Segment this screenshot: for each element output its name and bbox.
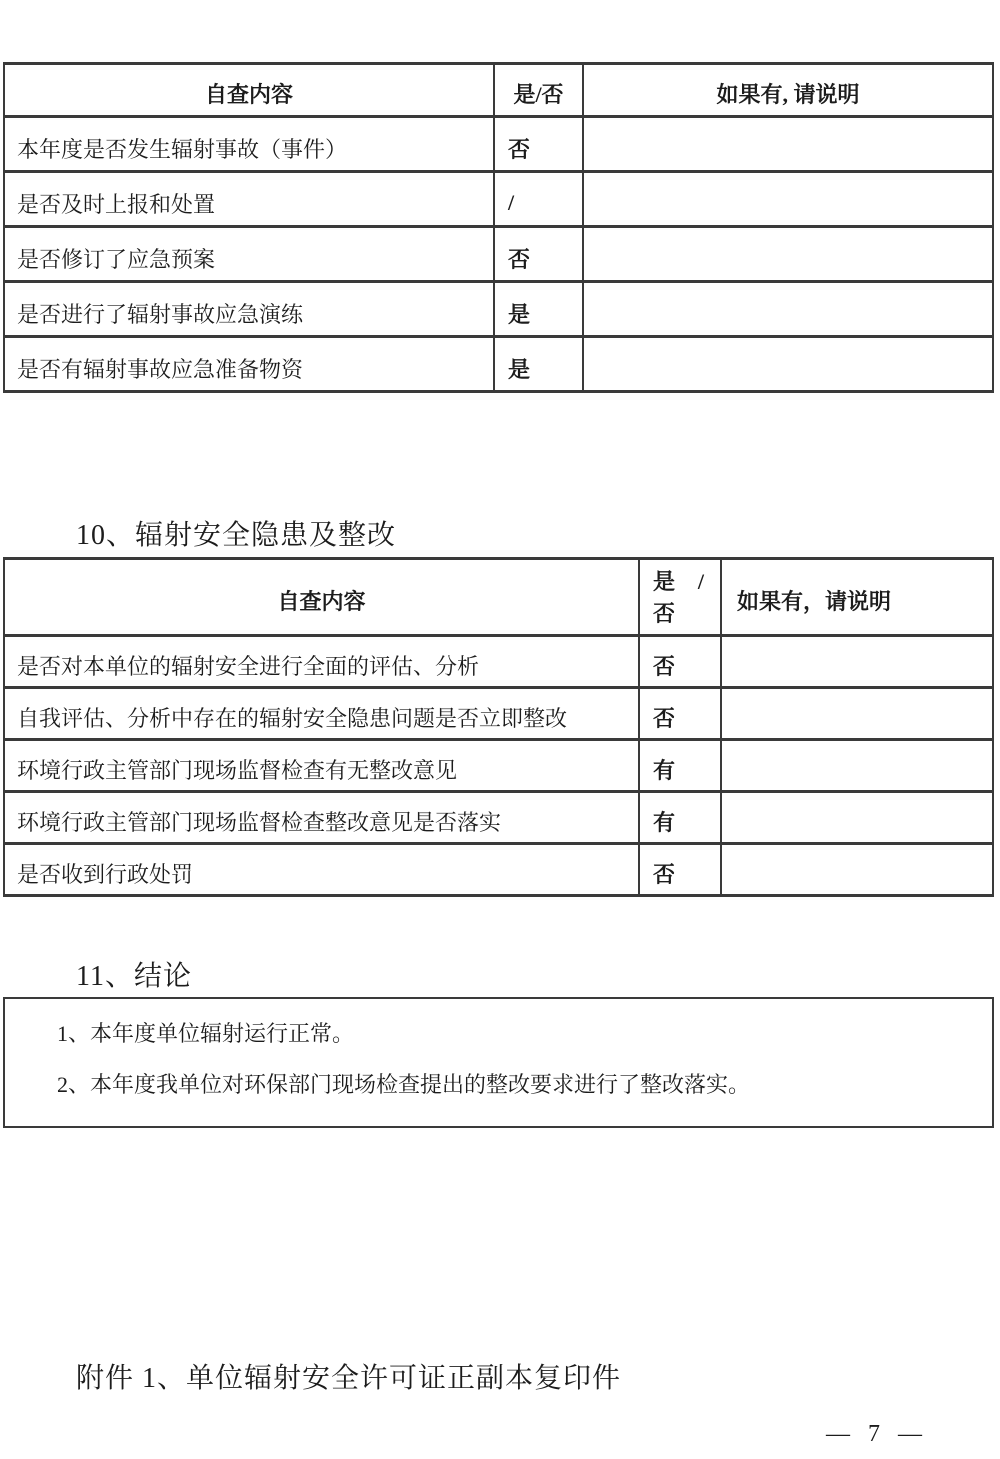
table-row: 环境行政主管部门现场监督检查有无整改意见 有 [4, 740, 993, 792]
conclusion-line: 2、本年度我单位对环保部门现场检查提出的整改要求进行了整改落实。 [5, 1068, 992, 1099]
row-value: 否 [639, 636, 721, 688]
row-note [721, 688, 993, 740]
emergency-self-check-table: 自查内容 是/否 如果有, 请说明 本年度是否发生辐射事故（事件） 否 是否及时… [3, 62, 994, 393]
attachment-note: 附件 1、单位辐射安全许可证正副本复印件 [76, 1356, 621, 1396]
row-label: 是否有辐射事故应急准备物资 [4, 337, 494, 392]
row-note [721, 740, 993, 792]
row-label: 是否收到行政处罚 [4, 844, 639, 896]
table-row: 是否及时上报和处置 / [4, 172, 993, 227]
row-note [721, 844, 993, 896]
table-header-row: 自查内容 是/否 如果有, 请说明 [4, 64, 993, 117]
row-note [583, 117, 993, 172]
table-row: 环境行政主管部门现场监督检查整改意见是否落实 有 [4, 792, 993, 844]
row-value: / [494, 172, 583, 227]
section-10-title: 10、辐射安全隐患及整改 [76, 513, 396, 553]
row-note [583, 282, 993, 337]
table-row: 是否有辐射事故应急准备物资 是 [4, 337, 993, 392]
row-value: 否 [639, 688, 721, 740]
row-value: 是 [494, 337, 583, 392]
row-note [583, 337, 993, 392]
table-row: 是否进行了辐射事故应急演练 是 [4, 282, 993, 337]
header-if-yes-explain: 如果有，请说明 [721, 559, 993, 636]
table-row: 是否修订了应急预案 否 [4, 227, 993, 282]
table-row: 自我评估、分析中存在的辐射安全隐患问题是否立即整改 否 [4, 688, 993, 740]
conclusion-line: 1、本年度单位辐射运行正常。 [5, 1017, 992, 1048]
row-label: 是否对本单位的辐射安全进行全面的评估、分析 [4, 636, 639, 688]
row-value: 是 [494, 282, 583, 337]
row-value: 否 [494, 117, 583, 172]
hazard-rectification-table: 自查内容 是 / 否 如果有，请说明 是否对本单位的辐射安全进行全面的评估、分析… [3, 557, 994, 897]
document-page: 自查内容 是/否 如果有, 请说明 本年度是否发生辐射事故（事件） 否 是否及时… [0, 0, 1000, 1459]
row-label: 是否进行了辐射事故应急演练 [4, 282, 494, 337]
row-note [583, 227, 993, 282]
row-note [583, 172, 993, 227]
header-self-check-content: 自查内容 [4, 64, 494, 117]
table-row: 是否对本单位的辐射安全进行全面的评估、分析 否 [4, 636, 993, 688]
header-yes-no: 是 / 否 [639, 559, 721, 636]
section-11-title: 11、结论 [76, 954, 192, 994]
conclusion-box: 1、本年度单位辐射运行正常。 2、本年度我单位对环保部门现场检查提出的整改要求进… [3, 997, 994, 1128]
table-row: 本年度是否发生辐射事故（事件） 否 [4, 117, 993, 172]
row-value: 有 [639, 792, 721, 844]
page-number: — 7 — [826, 1421, 922, 1448]
row-label: 是否修订了应急预案 [4, 227, 494, 282]
row-value: 有 [639, 740, 721, 792]
header-self-check-content: 自查内容 [4, 559, 639, 636]
row-value: 否 [639, 844, 721, 896]
row-label: 环境行政主管部门现场监督检查整改意见是否落实 [4, 792, 639, 844]
row-label: 环境行政主管部门现场监督检查有无整改意见 [4, 740, 639, 792]
row-note [721, 636, 993, 688]
row-label: 自我评估、分析中存在的辐射安全隐患问题是否立即整改 [4, 688, 639, 740]
header-yes: 是 [653, 566, 675, 598]
header-if-yes-explain: 如果有, 请说明 [583, 64, 993, 117]
header-no: 否 [653, 598, 704, 630]
row-label: 是否及时上报和处置 [4, 172, 494, 227]
table-row: 是否收到行政处罚 否 [4, 844, 993, 896]
row-note [721, 792, 993, 844]
header-slash: / [698, 566, 704, 598]
table-header-row: 自查内容 是 / 否 如果有，请说明 [4, 559, 993, 636]
row-value: 否 [494, 227, 583, 282]
header-yes-no: 是/否 [494, 64, 583, 117]
row-label: 本年度是否发生辐射事故（事件） [4, 117, 494, 172]
